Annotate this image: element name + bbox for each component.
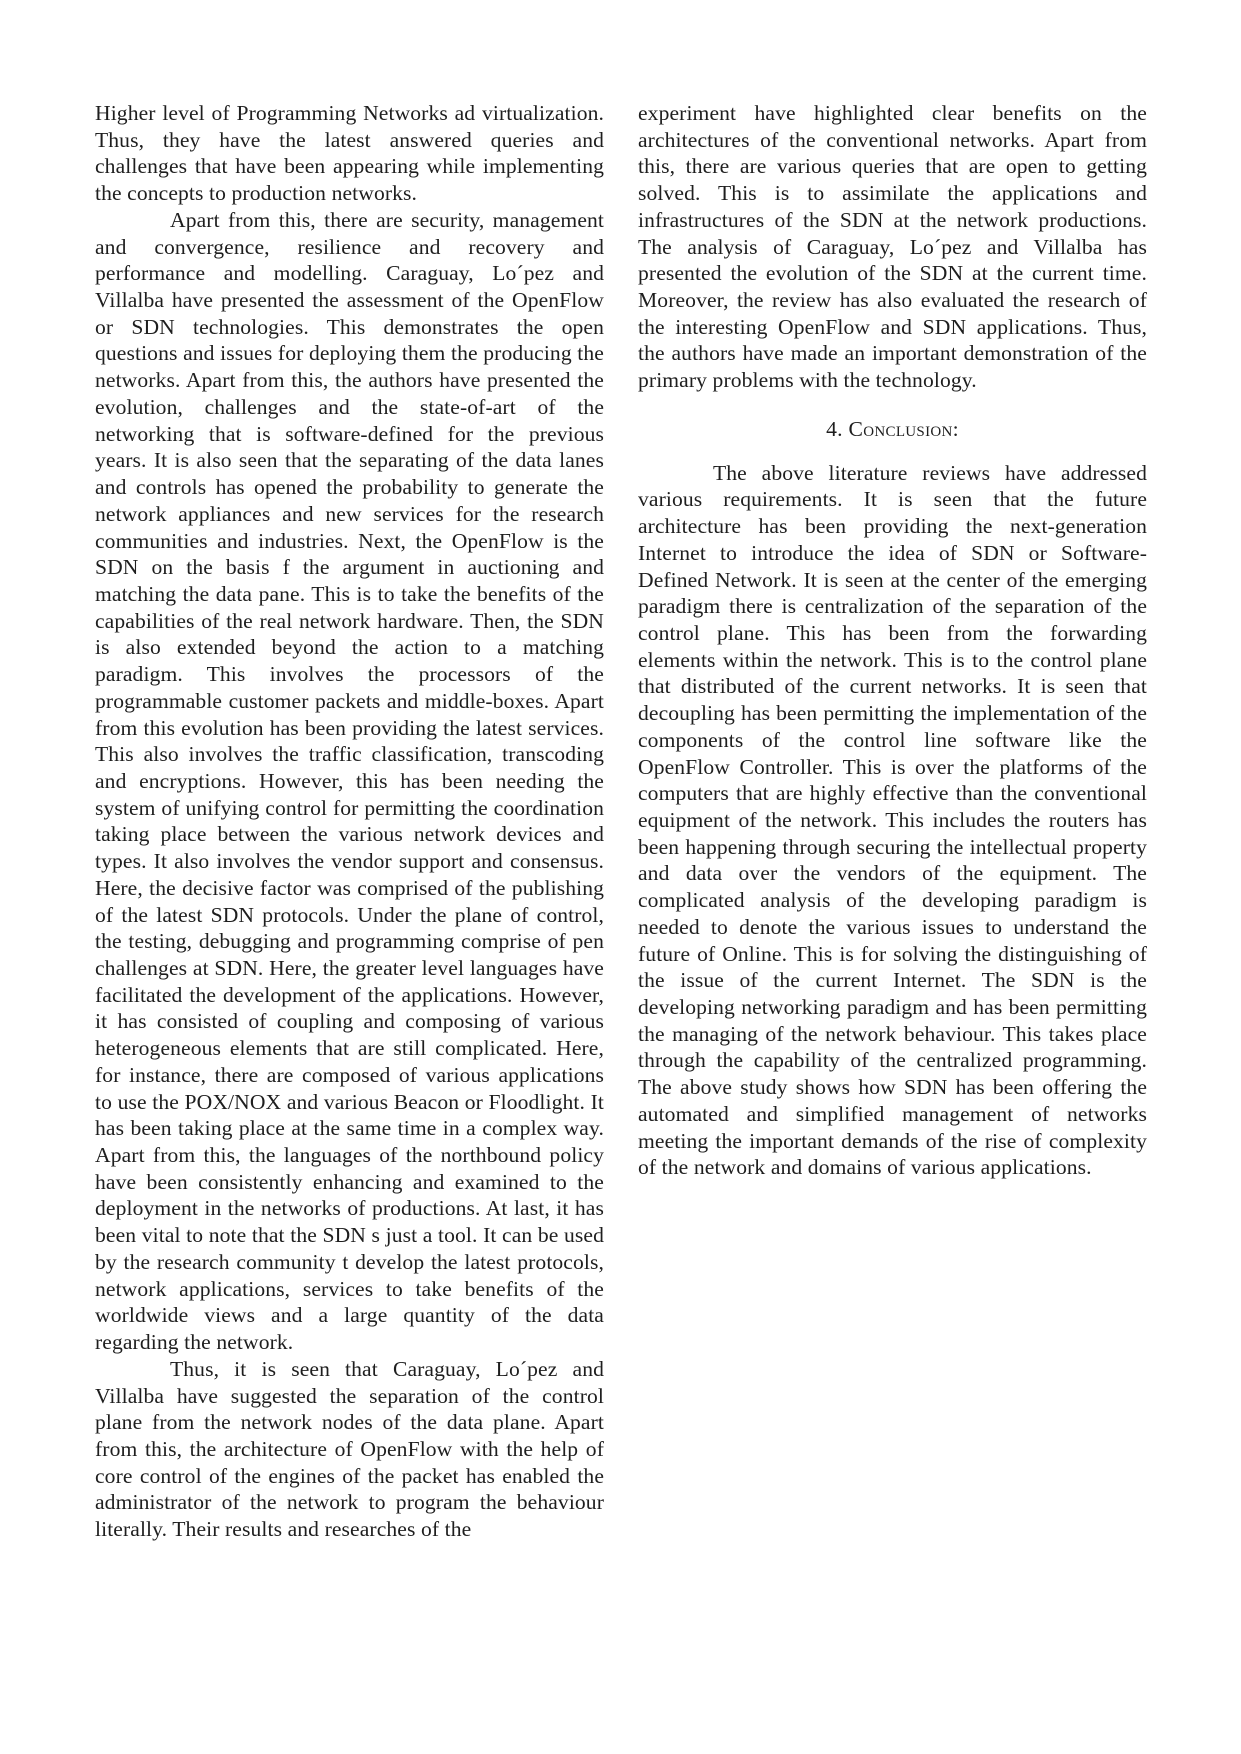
paper-page: Higher level of Programming Networks ad … bbox=[0, 0, 1241, 1754]
section-heading-conclusion: 4. Conclusion: bbox=[638, 416, 1147, 443]
left-paragraph-continuation: Higher level of Programming Networks ad … bbox=[95, 100, 604, 207]
left-paragraph-apart-from-this: Apart from this, there are security, man… bbox=[95, 207, 604, 1356]
left-column: Higher level of Programming Networks ad … bbox=[95, 100, 604, 1543]
right-paragraph-experiment: experiment have highlighted clear benefi… bbox=[638, 100, 1147, 394]
conclusion-paragraph: The above literature reviews have addres… bbox=[638, 460, 1147, 1181]
right-column: experiment have highlighted clear benefi… bbox=[638, 100, 1147, 1181]
left-paragraph-thus-it-is-seen: Thus, it is seen that Caraguay, Lo´pez a… bbox=[95, 1356, 604, 1543]
